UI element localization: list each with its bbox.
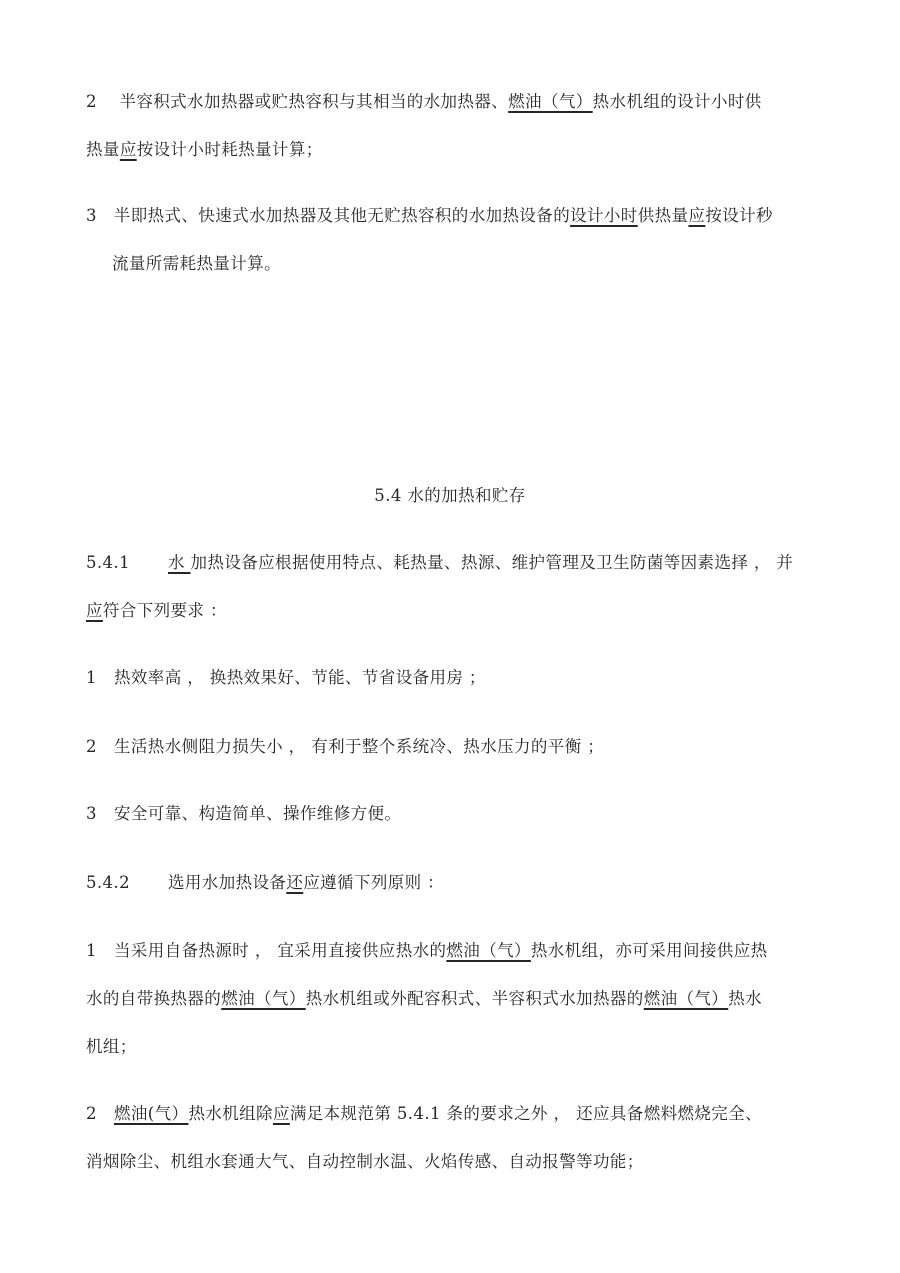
- clause-number: 5.4.1: [86, 553, 168, 572]
- text-run: 3 半即热式、快速式水加热器及其他无贮热容积的水加热设备的: [86, 206, 570, 225]
- clause-5-4-1-line-2: 应符合下列要求 ：: [86, 597, 227, 621]
- item-text: 生活热水侧阻力损失小 ， 有利于整个系统冷、热水压力的平衡 ；: [114, 737, 604, 756]
- text-run: 满足本规范第 5.4.1 条的要求之外 ， 还应具备燃料燃烧完全、: [290, 1104, 762, 1123]
- underlined-term: 设计小时: [570, 206, 638, 225]
- requirement-item-2: 2生活热水侧阻力损失小 ， 有利于整个系统冷、热水压力的平衡 ；: [86, 733, 604, 757]
- text-run: 符合下列要求 ：: [103, 601, 227, 620]
- underlined-term: 燃油（气）: [644, 989, 729, 1008]
- underlined-term: 水: [168, 553, 191, 572]
- item-number: 1: [86, 668, 114, 687]
- text-run: 流量所需耗热量计算。: [112, 254, 281, 273]
- text-run: 热水: [728, 989, 762, 1008]
- item-number: 2: [86, 737, 114, 756]
- clause-5-4-2-line-1: 5.4.2选用水加热设备还应遵循下列原则 ：: [86, 869, 444, 893]
- underlined-term: 燃油（气）: [221, 989, 306, 1008]
- underlined-term: 燃油（气）: [446, 941, 531, 960]
- requirement-item-1: 1热效率高 ， 换热效果好、节能、节省设备用房 ；: [86, 664, 486, 688]
- text-run: 热水机组，亦可采用间接供应热: [531, 941, 768, 960]
- item-2-line-2: 热量应按设计小时耗热量计算；: [86, 136, 323, 160]
- principle-item-2-line-1: 2燃油(气）热水机组除应满足本规范第 5.4.1 条的要求之外 ， 还应具备燃料…: [86, 1100, 762, 1124]
- item-number: 3: [86, 804, 114, 823]
- text-run: 加热设备应根据使用特点、耗热量、热源、维护管理及卫生防菌等因素选择 ， 并: [191, 553, 794, 572]
- text-run: 按设计秒: [705, 206, 773, 225]
- text-run: 按设计小时耗热量计算；: [137, 140, 323, 159]
- clause-text: 选用水加热设备还应遵循下列原则 ：: [168, 873, 444, 892]
- principle-item-2-line-2: 消烟除尘、机组水套通大气、自动控制水温、火焰传感、自动报警等功能；: [86, 1148, 644, 1172]
- item-3-line-1: 3 半即热式、快速式水加热器及其他无贮热容积的水加热设备的设计小时供热量应按设计…: [86, 202, 773, 226]
- text-run: 机组；: [86, 1037, 137, 1056]
- item-text: 当采用自备热源时 ， 宜采用直接供应热水的燃油（气）热水机组，亦可采用间接供应热: [114, 941, 768, 960]
- text-run: 选用水加热设备: [168, 873, 286, 892]
- section-title: 5.4 水的加热和贮存: [0, 482, 900, 506]
- principle-item-1-line-2: 水的自带换热器的燃油（气）热水机组或外配容积式、半容积式水加热器的燃油（气）热水: [86, 985, 762, 1009]
- item-number: 2: [86, 1104, 114, 1123]
- text-run: 水的自带换热器的: [86, 989, 221, 1008]
- underlined-term: 应: [273, 1104, 290, 1123]
- clause-text: 水 加热设备应根据使用特点、耗热量、热源、维护管理及卫生防菌等因素选择 ， 并: [168, 553, 793, 572]
- item-number: 1: [86, 941, 114, 960]
- text-run: 2 半容积式水加热器或贮热容积与其相当的水加热器、: [86, 92, 508, 111]
- text-run: 热量: [86, 140, 120, 159]
- text-run: 热水机组或外配容积式、半容积式水加热器的: [306, 989, 644, 1008]
- underlined-term: 燃油（气）: [508, 92, 593, 111]
- underlined-term: 应: [688, 206, 705, 225]
- clause-5-4-1-line-1: 5.4.1水 加热设备应根据使用特点、耗热量、热源、维护管理及卫生防菌等因素选择…: [86, 549, 793, 573]
- underlined-term: 应: [120, 140, 137, 159]
- item-text: 热效率高 ， 换热效果好、节能、节省设备用房 ；: [114, 668, 486, 687]
- requirement-item-3: 3安全可靠、构造简单、操作维修方便。: [86, 800, 401, 824]
- principle-item-1-line-3: 机组；: [86, 1033, 137, 1057]
- text-run: 消烟除尘、机组水套通大气、自动控制水温、火焰传感、自动报警等功能；: [86, 1152, 644, 1171]
- underlined-term: 燃油(气）: [114, 1104, 188, 1123]
- text-run: 当采用自备热源时 ， 宜采用直接供应热水的: [114, 941, 446, 960]
- text-run: 热水机组除: [188, 1104, 273, 1123]
- item-text: 安全可靠、构造简单、操作维修方便。: [114, 804, 401, 823]
- item-3-line-2: 流量所需耗热量计算。: [112, 250, 281, 274]
- text-run: 热水机组的设计小时供: [593, 92, 762, 111]
- clause-number: 5.4.2: [86, 873, 168, 892]
- principle-item-1-line-1: 1当采用自备热源时 ， 宜采用直接供应热水的燃油（气）热水机组，亦可采用间接供应…: [86, 937, 768, 961]
- underlined-term: 应: [86, 601, 103, 620]
- item-2-line-1: 2 半容积式水加热器或贮热容积与其相当的水加热器、燃油（气）热水机组的设计小时供: [86, 88, 762, 112]
- underlined-term: 还: [286, 873, 303, 892]
- text-run: 供热量: [638, 206, 689, 225]
- item-text: 燃油(气）热水机组除应满足本规范第 5.4.1 条的要求之外 ， 还应具备燃料燃…: [114, 1104, 762, 1123]
- text-run: 应遵循下列原则 ：: [303, 873, 444, 892]
